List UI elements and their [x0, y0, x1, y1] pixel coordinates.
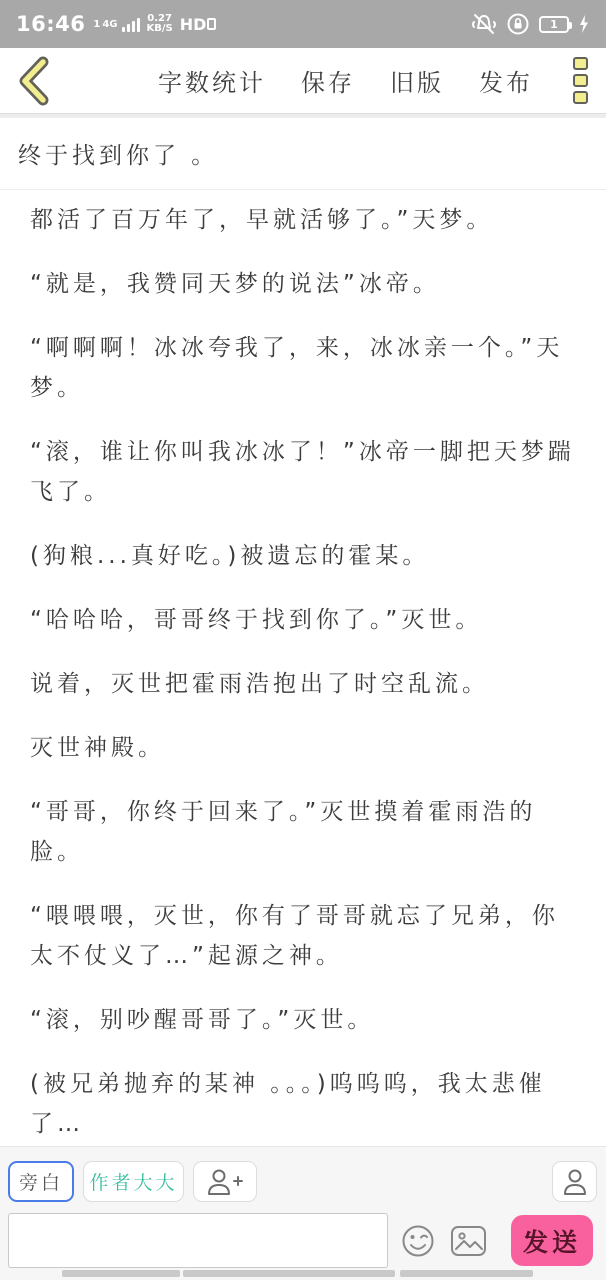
character-list-button[interactable] [552, 1161, 597, 1202]
old-version-button[interactable]: 旧版 [390, 63, 444, 98]
toolbar-actions: 字数统计 保存 旧版 发布 [158, 63, 533, 98]
gesture-bar [0, 1270, 606, 1278]
word-count-button[interactable]: 字数统计 [158, 63, 266, 98]
back-icon [16, 55, 52, 107]
story-paragraph[interactable]: “啊啊啊！冰冰夸我了，来，冰冰亲一个。”天梦。 [30, 328, 576, 408]
signal-icon [122, 16, 140, 32]
battery-icon: 1 [539, 16, 569, 33]
add-character-icon [204, 1167, 246, 1197]
gesture-segment[interactable] [400, 1270, 533, 1277]
chapter-title-field[interactable]: 终于找到你了 。 [0, 118, 606, 190]
role-bar: 旁白 作者大大 [0, 1147, 606, 1202]
battery-level: 1 [550, 18, 558, 31]
rotation-lock-icon [506, 12, 530, 36]
author-role-button[interactable]: 作者大大 [83, 1161, 184, 1202]
charging-icon [578, 14, 590, 34]
story-paragraph[interactable]: 都活了百万年了，早就活够了。”天梦。 [30, 200, 576, 240]
volte-hd-icon: HD [180, 15, 207, 34]
network-indicator: 1 4G [93, 16, 139, 32]
sim-slot-label: 1 [93, 20, 100, 30]
editor-toolbar: 字数统计 保存 旧版 发布 [0, 48, 606, 113]
send-button[interactable]: 发送 [511, 1215, 593, 1266]
gesture-segment[interactable] [62, 1270, 180, 1277]
story-paragraph[interactable]: 灭世神殿。 [30, 728, 576, 768]
overflow-menu-button[interactable] [571, 53, 590, 108]
story-paragraph[interactable]: (被兄弟抛弃的某神 。。。)呜呜呜，我太悲催了… [30, 1064, 576, 1144]
narration-role-button[interactable]: 旁白 [8, 1161, 74, 1202]
menu-icon [573, 74, 588, 87]
composer-panel: 旁白 作者大大 [0, 1146, 606, 1280]
narration-role-label: 旁白 [19, 1168, 63, 1195]
emoji-icon [401, 1224, 435, 1258]
story-paragraph[interactable]: (狗粮...真好吃。)被遗忘的霍某。 [30, 536, 576, 576]
status-bar-right: 1 [471, 12, 590, 36]
volte-phone-icon [207, 18, 216, 30]
story-paragraph[interactable]: “就是，我赞同天梦的说法”冰帝。 [30, 264, 576, 304]
add-character-button[interactable] [193, 1161, 257, 1202]
story-paragraph[interactable]: “滚，别吵醒哥哥了。”灭世。 [30, 1000, 576, 1040]
author-role-label: 作者大大 [89, 1168, 177, 1195]
gesture-segment[interactable] [183, 1270, 395, 1277]
character-list-icon [560, 1167, 590, 1197]
emoji-button[interactable] [401, 1224, 435, 1258]
vibrate-icon [471, 13, 497, 35]
image-icon [450, 1224, 487, 1258]
app-screen: 16:46 1 4G 0.27 KB/S HD [0, 0, 606, 1280]
status-bar: 16:46 1 4G 0.27 KB/S HD [0, 0, 606, 48]
chapter-title: 终于找到你了 。 [18, 137, 218, 170]
composer-row: 发送 [0, 1213, 606, 1268]
insert-image-button[interactable] [450, 1224, 487, 1258]
speed-unit: KB/S [147, 24, 173, 34]
story-paragraph[interactable]: 说着，灭世把霍雨浩抱出了时空乱流。 [30, 664, 576, 704]
back-button[interactable] [16, 55, 56, 107]
publish-button[interactable]: 发布 [479, 63, 533, 98]
send-label: 发送 [523, 1223, 581, 1259]
menu-icon [573, 57, 588, 70]
message-input[interactable] [8, 1213, 388, 1268]
clock: 16:46 [16, 12, 85, 36]
story-paragraph[interactable]: “滚，谁让你叫我冰冰了！”冰帝一脚把天梦踹飞了。 [30, 432, 576, 512]
story-editor[interactable]: 都活了百万年了，早就活够了。”天梦。 “就是，我赞同天梦的说法”冰帝。 “啊啊啊… [0, 190, 606, 1144]
network-speed: 0.27 KB/S [147, 14, 173, 34]
network-type-label: 4G [102, 20, 117, 30]
menu-icon [573, 91, 588, 104]
story-paragraph[interactable]: “喂喂喂，灭世，你有了哥哥就忘了兄弟，你太不仗义了…”起源之神。 [30, 896, 576, 976]
story-paragraph[interactable]: “哈哈哈，哥哥终于找到你了。”灭世。 [30, 600, 576, 640]
story-paragraph[interactable]: “哥哥，你终于回来了。”灭世摸着霍雨浩的脸。 [30, 792, 576, 872]
save-button[interactable]: 保存 [301, 63, 355, 98]
